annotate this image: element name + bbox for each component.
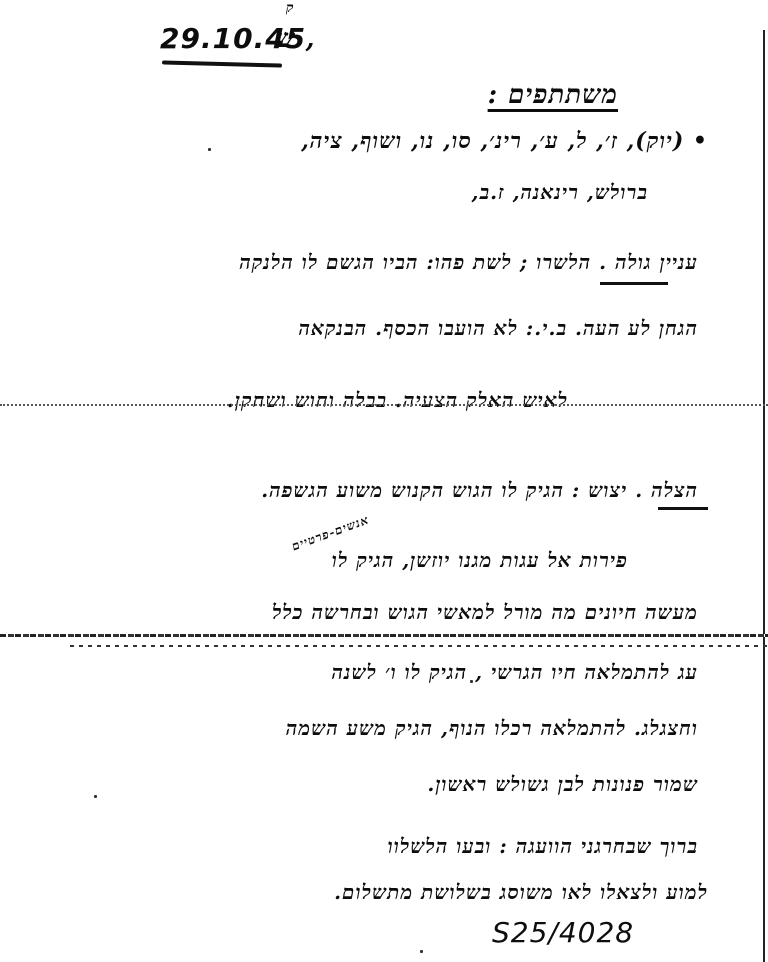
scan-speck bbox=[420, 950, 423, 953]
corner-mark: ק bbox=[286, 0, 295, 17]
section2-line-1: הצלה . יצוש : הגיק לו הגוש הקנוש משוע הג… bbox=[261, 478, 698, 503]
section2-line-7: ברוך שבחרגני הוועגה : ובעו הלשלוו bbox=[388, 834, 698, 859]
attendees-heading: משתתפים : bbox=[488, 80, 618, 110]
scan-fold-line bbox=[0, 634, 768, 637]
section2-line-5: וחצגלג. להתמלאה רכלו הנוף, הגיק משע השמה bbox=[286, 716, 698, 741]
section2-line-2: פירות אל עגות מגנו יוזשן, הגיק לו bbox=[332, 548, 628, 573]
section2-line-4: עג להתמלאה חיו הגרשי , הגיק לו ו׳ לשנה bbox=[331, 660, 698, 685]
dotted-rule bbox=[0, 404, 768, 406]
section1-line-2: הגחן לע העה. ב.י.: לא הועבו הכסף. הבנקאה bbox=[298, 316, 698, 341]
section1-line-1: עניין גולה . הלשרו ; לשת פהו: הביו הגשם … bbox=[239, 250, 698, 275]
section2-label-underline bbox=[658, 507, 708, 510]
scan-speck bbox=[208, 148, 211, 151]
date-suffix: , ש bbox=[276, 24, 316, 54]
archive-reference-number: S25/4028 bbox=[492, 916, 634, 949]
section2-line-3: מעשה חיונים מה מורל למאשי הגוש ובחרשה כל… bbox=[272, 600, 698, 625]
scan-border-right bbox=[763, 30, 765, 962]
scan-fold-line-secondary bbox=[70, 645, 768, 647]
scanned-document-page: ק 29.10.45 , ש משתתפים : • (יוק), ז׳, ל,… bbox=[0, 0, 768, 962]
section2-line-6: שמור פנונות לבן גשולש ראשון. bbox=[427, 772, 698, 797]
section1-label-underline bbox=[600, 282, 668, 285]
attendees-line-2: ברולש, רינאנה, ז.ב, bbox=[471, 180, 648, 205]
scan-speck bbox=[470, 680, 473, 683]
section2-line-8: למוע ולצאלו לאו משוסג בשלושת מתשלום. bbox=[334, 880, 708, 905]
date-underline bbox=[162, 60, 282, 67]
attendees-line-1: • (יוק), ז׳, ל, ע׳, רינ׳, סו, נו, ושוף, … bbox=[301, 128, 708, 154]
scan-speck bbox=[94, 795, 97, 798]
section1-line-3: לאיש האלק הצעיה. בבלה וחוש ושחקן. bbox=[227, 388, 568, 413]
